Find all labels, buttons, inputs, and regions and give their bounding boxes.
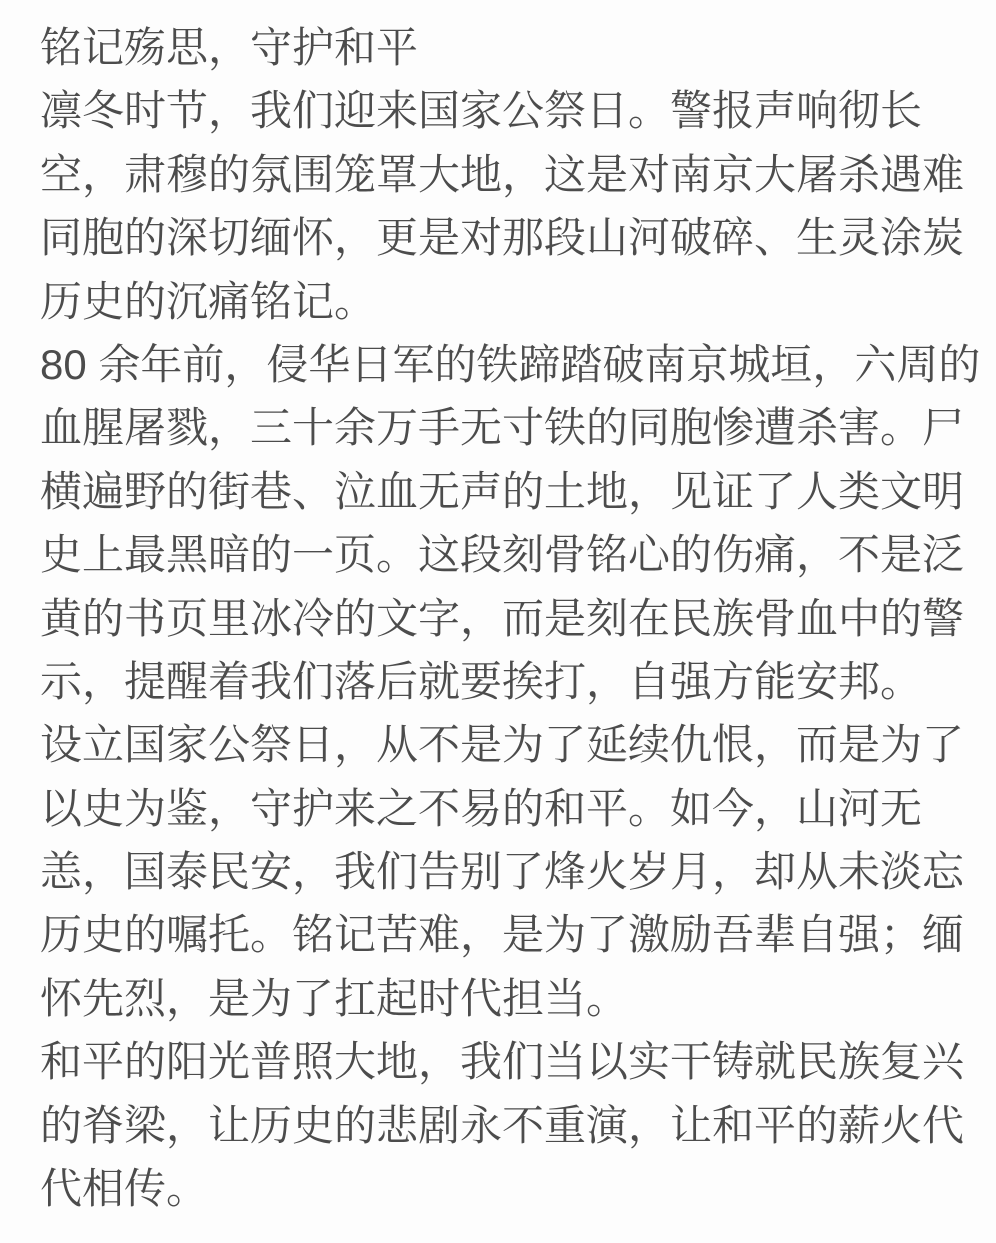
- text-line: 同胞的深切缅怀，更是对那段山河破碎、生灵涂炭: [40, 206, 960, 269]
- article-title: 铭记殇思，守护和平: [40, 16, 960, 79]
- paragraph-1: 凛冬时节，我们迎来国家公祭日。警报声响彻长 空，肃穆的氛围笼罩大地，这是对南京大…: [40, 79, 960, 333]
- text-line: 历史的沉痛铭记。: [40, 270, 960, 333]
- text-line: 示，提醒着我们落后就要挨打，自强方能安邦。: [40, 650, 960, 713]
- article: 铭记殇思，守护和平 凛冬时节，我们迎来国家公祭日。警报声响彻长 空，肃穆的氛围笼…: [0, 0, 996, 1243]
- text-line: 80 余年前，侵华日军的铁蹄踏破南京城垣，六周的: [40, 333, 960, 396]
- text-line: 和平的阳光普照大地，我们当以实干铸就民族复兴: [40, 1030, 960, 1093]
- text-line: 凛冬时节，我们迎来国家公祭日。警报声响彻长: [40, 79, 960, 142]
- text-line: 怀先烈，是为了扛起时代担当。: [40, 967, 960, 1030]
- text-line: 空，肃穆的氛围笼罩大地，这是对南京大屠杀遇难: [40, 143, 960, 206]
- paragraph-4: 和平的阳光普照大地，我们当以实干铸就民族复兴 的脊梁，让历史的悲剧永不重演，让和…: [40, 1030, 960, 1220]
- text-line: 血腥屠戮，三十余万手无寸铁的同胞惨遭杀害。尸: [40, 396, 960, 459]
- text-line: 恙，国泰民安，我们告别了烽火岁月，却从未淡忘: [40, 840, 960, 903]
- text-line: 黄的书页里冰冷的文字，而是刻在民族骨血中的警: [40, 587, 960, 650]
- text-line: 以史为鉴，守护来之不易的和平。如今，山河无: [40, 777, 960, 840]
- text-line: 历史的嘱托。铭记苦难，是为了激励吾辈自强；缅: [40, 903, 960, 966]
- paragraph-2: 80 余年前，侵华日军的铁蹄踏破南京城垣，六周的 血腥屠戮，三十余万手无寸铁的同…: [40, 333, 960, 713]
- paragraph-3: 设立国家公祭日，从不是为了延续仇恨，而是为了 以史为鉴，守护来之不易的和平。如今…: [40, 713, 960, 1030]
- text-line: 代相传。: [40, 1157, 960, 1220]
- text-line: 设立国家公祭日，从不是为了延续仇恨，而是为了: [40, 713, 960, 776]
- text-line: 史上最黑暗的一页。这段刻骨铭心的伤痛，不是泛: [40, 523, 960, 586]
- text-line: 的脊梁，让历史的悲剧永不重演，让和平的薪火代: [40, 1094, 960, 1157]
- text-line: 横遍野的街巷、泣血无声的土地，见证了人类文明: [40, 460, 960, 523]
